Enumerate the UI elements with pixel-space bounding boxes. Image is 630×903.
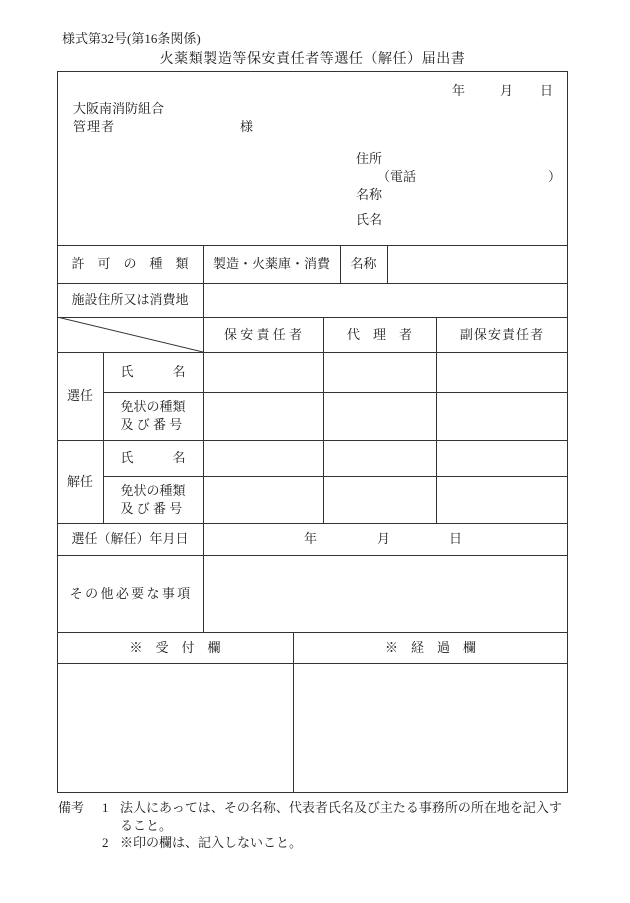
progress-column-label: ※ 経 過 欄 [293, 632, 568, 663]
appointment-license-label: 免状の種類 及び番号 [103, 392, 203, 440]
submitter-phone-open: （電話 [377, 166, 416, 185]
column-header-safety-supervisor: 保安責任者 [203, 317, 323, 352]
grid-line [203, 245, 204, 632]
grid-line [57, 555, 568, 556]
grid-line [436, 317, 437, 523]
receipt-column-label: ※ 受 付 欄 [57, 632, 293, 663]
appointment-date-year-label: 年 [304, 523, 317, 555]
permit-type-value: 製造・火薬庫・消費 [203, 245, 340, 283]
grid-line [323, 317, 324, 523]
form-page: 様式第32号(第16条関係) 火薬類製造等保安責任者等選任（解任）届出書 年 月… [0, 0, 630, 903]
submitter-phone-close: ） [548, 166, 561, 185]
note-text: ※印の欄は、記入しないこと。 [120, 834, 568, 852]
license-label-line2: 及び番号 [120, 501, 185, 516]
facility-label: 施設住所又は消費地 [57, 283, 203, 317]
grid-line [103, 392, 568, 393]
grid-line [57, 245, 568, 246]
appointment-date-month-label: 月 [377, 523, 390, 555]
column-header-assistant-supervisor: 副保安責任者 [436, 317, 568, 352]
facility-value [203, 283, 568, 317]
appointment-name-label: 氏 名 [103, 352, 203, 392]
column-header-deputy: 代 理 者 [323, 317, 436, 352]
addressee-honorific: 様 [240, 116, 253, 135]
diagonal-header-cell [57, 317, 203, 356]
header-date-year-label: 年 [452, 80, 465, 99]
section-label-dismissal: 解任 [57, 440, 103, 523]
grid-line [103, 352, 104, 523]
note-text: 法人にあっては、その名称、代表者氏名及び主たる事務所の所在地を記入すること。 [120, 799, 568, 834]
addressee-org: 大阪南消防組合 [73, 98, 164, 117]
other-matters-value [203, 555, 568, 632]
note-number: 2 [102, 834, 120, 852]
grid-line [387, 245, 388, 283]
note-item: 2 ※印の欄は、記入しないこと。 [58, 834, 568, 852]
license-label-line2: 及び番号 [120, 417, 185, 432]
notes-heading: 備考 [58, 799, 102, 817]
grid-line [293, 632, 294, 793]
grid-line [103, 476, 568, 477]
submitter-person-label: 氏名 [356, 209, 382, 228]
permit-type-label: 許 可 の 種 類 [57, 245, 203, 283]
grid-line [57, 283, 568, 284]
license-label-line1: 免状の種類 [120, 483, 185, 498]
permit-name-label: 名称 [340, 245, 387, 283]
license-label-line1: 免状の種類 [120, 399, 185, 414]
submitter-name-label: 名称 [356, 184, 382, 203]
form-title: 火薬類製造等保安責任者等選任（解任）届出書 [57, 48, 568, 68]
permit-name-value [387, 245, 568, 283]
dismissal-name-label: 氏 名 [103, 440, 203, 476]
section-label-appointment: 選任 [57, 352, 103, 440]
grid-line [57, 440, 568, 441]
grid-line [57, 317, 568, 318]
appointment-date-day-label: 日 [449, 523, 462, 555]
notes: 備考 1 法人にあっては、その名称、代表者氏名及び主たる事務所の所在地を記入する… [58, 799, 568, 852]
dismissal-license-label: 免状の種類 及び番号 [103, 476, 203, 523]
submitter-address-label: 住所 [356, 148, 382, 167]
appointment-date-label: 選任（解任）年月日 [57, 523, 203, 555]
grid-line [340, 245, 341, 283]
form-number: 様式第32号(第16条関係) [62, 28, 201, 47]
grid-line [57, 352, 568, 353]
note-item: 備考 1 法人にあっては、その名称、代表者氏名及び主たる事務所の所在地を記入する… [58, 799, 568, 834]
other-matters-label: その他必要な事項 [57, 555, 203, 632]
grid-line [57, 663, 568, 664]
header-date-day-label: 日 [540, 80, 553, 99]
grid-line [57, 523, 568, 524]
header-date-month-label: 月 [500, 80, 513, 99]
addressee-title: 管理者 [73, 116, 115, 135]
note-number: 1 [102, 799, 120, 817]
grid-line [57, 632, 568, 633]
